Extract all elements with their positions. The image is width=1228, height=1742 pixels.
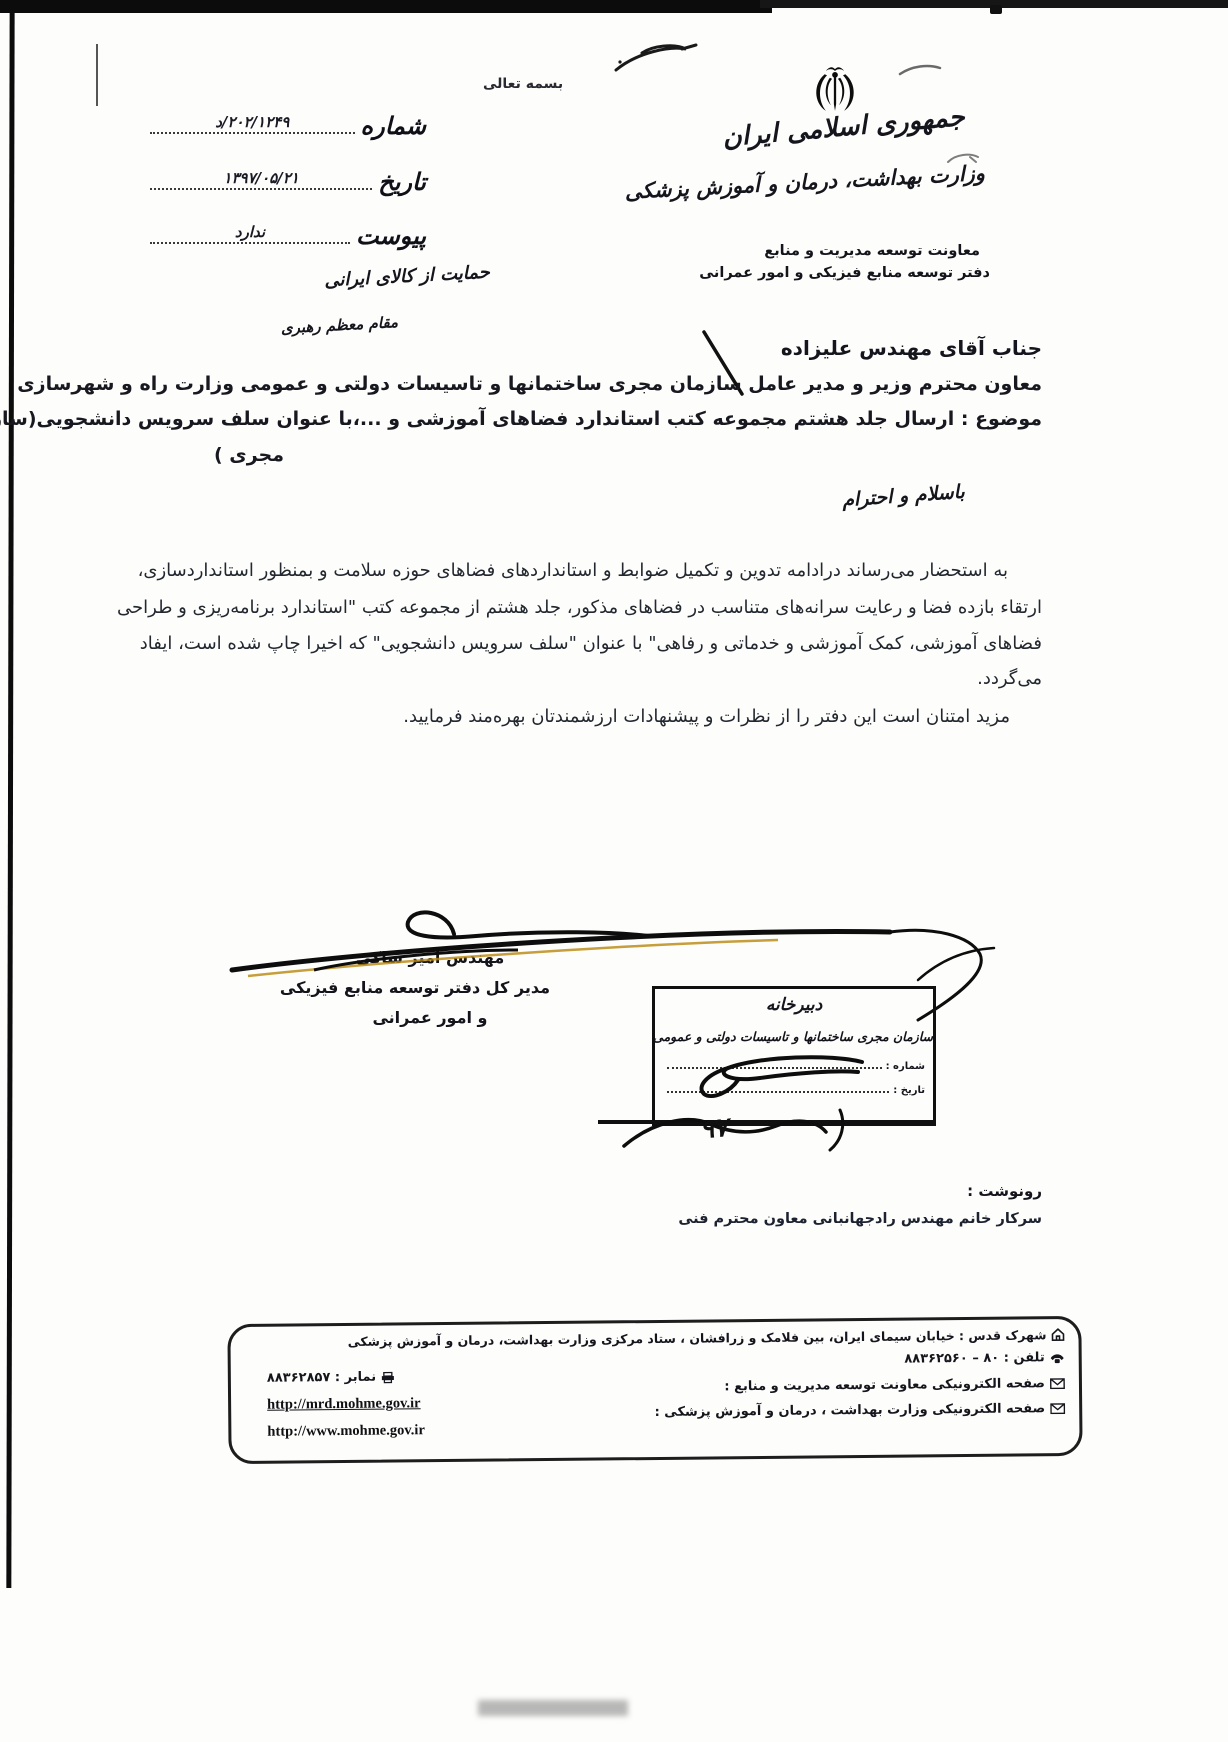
ref-attachment-dotline: ندارد [150, 222, 350, 244]
ref-date-dotline: ۱۳۹۷/۰۵/۲۱ [150, 168, 372, 190]
ref-attachment-row: پیوست ندارد [150, 222, 430, 248]
footer-contact-box: شهرک قدس : خیابان سیمای ایران، بین فلامک… [227, 1316, 1082, 1464]
body-line-4: می‌گردد. [977, 668, 1042, 689]
salutation: باسلام و احترام [841, 481, 965, 512]
bismillah-text: بسمه تعالی [483, 76, 563, 92]
ref-attachment-label: پیوست [356, 224, 430, 248]
pencil-mark-right [898, 60, 942, 78]
building-icon [1051, 1328, 1064, 1341]
footer-phone-line: تلفن : ۸۰ – ۸۸۳۶۲۵۶۰ [904, 1350, 1065, 1367]
body-line-5: مزید امتنان است این دفتر را از نظرات و پ… [403, 706, 1010, 727]
iran-emblem-icon [806, 56, 864, 120]
copy-recipient: سرکار خانم مهندس رادجهانبانی معاون محترم… [678, 1211, 1042, 1227]
letterhead-office: دفتر توسعه منابع فیزیکی و امور عمرانی [760, 265, 990, 281]
footer-email-text-2: صفحه الکترونیکی وزارت بهداشت ، درمان و آ… [654, 1401, 1045, 1420]
handwritten-mark-top [612, 40, 708, 76]
footer-phone-text: تلفن : ۸۰ – ۸۸۳۶۲۵۶۰ [904, 1350, 1045, 1366]
footer-email-line-2: صفحه الکترونیکی وزارت بهداشت ، درمان و آ… [654, 1401, 1065, 1420]
footer-email-line-1: صفحه الکترونیکی معاونت توسعه مدیریت و من… [724, 1376, 1065, 1394]
stamp-handwriting [600, 1040, 930, 1160]
scanned-letter-page: بسمه تعالی جمهوری اسلامی ایران وزارت بهد… [0, 0, 1228, 1742]
subject-line-2: مجری ) [214, 444, 284, 466]
copy-to-label: رونوشت : [967, 1182, 1042, 1200]
footer-url-mrd: http://mrd.mohme.gov.ir [267, 1395, 421, 1413]
scan-smudge-bottom [478, 1700, 628, 1716]
letterhead-ministry: وزارت بهداشت، درمان و آموزش پزشکی [715, 161, 986, 199]
stamp-title: دبیرخانه [655, 995, 933, 1015]
scan-edge-top [0, 0, 772, 13]
footer-fax-text: نمابر : ۸۸۳۶۲۸۵۷ [267, 1370, 376, 1386]
envelope-icon [1050, 1403, 1065, 1414]
body-line-1: به استحضار می‌رساند درادامه تدوین و تکمی… [138, 560, 1008, 581]
fax-icon [381, 1371, 395, 1383]
ref-date-label: تاریخ [378, 170, 430, 194]
footer-fax-line: نمابر : ۸۸۳۶۲۸۵۷ [267, 1369, 395, 1385]
ref-attachment-value: ندارد [235, 223, 265, 241]
recipient-name: جناب آقای مهندس علیزاده [781, 336, 1042, 360]
scan-edge-left [6, 0, 14, 1588]
ref-date-value: ۱۳۹۷/۰۵/۲۱ [223, 169, 298, 187]
phone-icon [1050, 1352, 1065, 1364]
footer-address-text: شهرک قدس : خیابان سیمای ایران، بین فلامک… [348, 1327, 1047, 1349]
footer-email-text-1: صفحه الکترونیکی معاونت توسعه مدیریت و من… [724, 1376, 1045, 1394]
ref-number-value: د/۲۰۲/۱۲۴۹ [215, 113, 289, 131]
ref-number-label: شماره [361, 114, 430, 138]
fold-mark [96, 44, 98, 106]
footer-address-line: شهرک قدس : خیابان سیمای ایران، بین فلامک… [348, 1327, 1065, 1349]
ref-number-dotline: د/۲۰۲/۱۲۴۹ [150, 112, 355, 134]
year-slogan: حمایت از کالای ایرانی [322, 262, 493, 292]
subject-line-1: موضوع : ارسال جلد هشتم مجموعه کتب استاند… [0, 408, 1042, 430]
letterhead-deputy: معاونت توسعه مدیریت و منابع [770, 243, 980, 259]
footer-url-www: http://www.mohme.gov.ir [267, 1422, 425, 1441]
envelope-icon [1050, 1378, 1065, 1389]
recipient-title: معاون محترم وزیر و مدیر عامل سازمان مجری… [17, 373, 1042, 395]
body-line-2: ارتقاء بازده فضا و رعایت سرانه‌های متناس… [117, 597, 1042, 618]
ref-number-row: شماره د/۲۰۲/۱۲۴۹ [150, 112, 430, 138]
ref-date-row: تاریخ ۱۳۹۷/۰۵/۲۱ [150, 168, 430, 194]
scan-dot [990, 5, 1002, 14]
slogan-attribution: مقام معظم رهبری [288, 313, 399, 337]
stamp-handwritten-date: ۹۷ [699, 1113, 730, 1146]
body-line-3: فضاهای آموزشی، کمک آموزشی و خدماتی و رفا… [140, 633, 1042, 654]
